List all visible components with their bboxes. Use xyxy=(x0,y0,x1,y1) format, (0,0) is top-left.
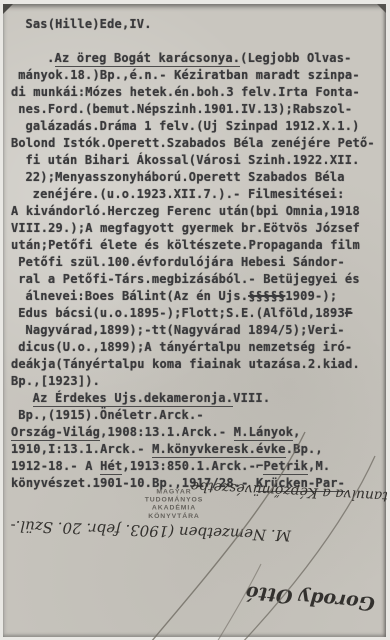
typed-segment: §§§§§ xyxy=(248,289,285,303)
typed-segment: Az öreg Bogát karácsonya. xyxy=(55,51,241,67)
typed-segment: Ország-Világ xyxy=(11,425,100,441)
torn-corner-top-left xyxy=(3,4,13,14)
typed-line: VIII.29.);A megfagyott gyermek br.Eötvös… xyxy=(11,220,384,237)
typed-line: di munkái:Mózes hetek.én.boh.3 felv.Irta… xyxy=(11,84,384,101)
typed-line: Bolond Istók.Operett.Szabados Béla zenéj… xyxy=(11,135,384,152)
typed-segment: (Legjobb Olvas- xyxy=(240,51,351,65)
card-heading: Sas(Hille)Ede,IV. xyxy=(11,16,384,33)
typed-line: dicus(U.o.,1899);A tányértalpu nemzetség… xyxy=(11,339,384,356)
typed-segment: .Bp., xyxy=(286,442,323,456)
typed-segment: nes.Ford.(bemut.Népszinh.1901.IV.13);Rab… xyxy=(18,102,352,116)
typed-line: mányok.18.)Bp.,é.n.- Kéziratban maradt s… xyxy=(11,67,384,84)
typed-segment: ,1908:13.1.Arck.- xyxy=(100,425,234,439)
typed-segment: Petőfi szül.100.évfordulójára Hebesi Sán… xyxy=(18,255,345,269)
handwritten-signature-upside-down: Gorody Ottó xyxy=(224,580,375,615)
typed-line: A kivándorló.Herczeg Ferenc után(bpi Omn… xyxy=(11,203,384,220)
typed-line: Ország-Világ,1908:13.1.Arck.- M.Lányok, xyxy=(11,424,384,441)
typed-segment: A kivándorló.Herczeg Ferenc után(bpi Omn… xyxy=(11,204,360,218)
typed-segment: VIII.29.);A megfagyott gyermek br.Eötvös… xyxy=(11,221,360,235)
typed-segment: , xyxy=(293,425,300,439)
typed-segment: M.Lányok xyxy=(234,425,293,441)
typed-line: álnevei:Boes Bálint(Az én Ujs.§§§§§1909-… xyxy=(11,288,384,305)
typed-segment: Nagyvárad,1899);-tt(Nagyvárad 1894/5);Ve… xyxy=(25,323,344,337)
typed-segment: fi után Bihari Ákossal(Városi Szinh.1922… xyxy=(25,153,359,167)
typed-segment: 1910,I:13.1.Arck.- xyxy=(11,442,152,456)
typed-line: Nagyvárad,1899);-tt(Nagyvárad 1894/5);Ve… xyxy=(11,322,384,339)
typed-line: .Az öreg Bogát karácsonya.(Legjobb Olvas… xyxy=(11,50,384,67)
typed-segment: mányok.18.)Bp.,é.n.- Kéziratban maradt s… xyxy=(18,68,360,82)
typed-line: Bp.,[1923]). xyxy=(11,373,384,390)
typed-segment: Bolond Istók.Operett.Szabados Béla zenéj… xyxy=(11,136,375,150)
stamp-line-2: TUDOMÁNYOS AKADÉMIA xyxy=(128,496,221,512)
typed-segment: Petrik xyxy=(263,459,308,475)
typed-segment: Az Érdekes Ujs.dekameronja. xyxy=(33,391,233,407)
typed-segment: galázadás.Dráma 1 felv.(Uj Szinpad 1912.… xyxy=(25,119,359,133)
typed-line: fi után Bihari Ákossal(Városi Szinh.1922… xyxy=(11,152,384,169)
typed-segment: ,1913:850.1.Arck.-⌐ xyxy=(122,459,263,473)
typed-line: Edus bácsi(u.o.1895-);Flott;S.E.(Alföld,… xyxy=(11,305,384,322)
typed-segment: Hét xyxy=(100,459,122,475)
typed-line: után;Petőfi élete és költészete.Propagan… xyxy=(11,237,384,254)
typed-line: Bp.,(1915).Önéletr.Arck.- xyxy=(11,407,384,424)
typed-segment: ral a Petőfi-Társ.megbizásából.- Betüjeg… xyxy=(18,272,360,286)
typed-line: Az Érdekes Ujs.dekameronja.VIII. xyxy=(11,390,384,407)
typed-segment: 22);Menyasszonyháború.Operett Szabados B… xyxy=(25,170,344,184)
typed-segment: Bp.,(1915).Önéletr.Arck.- xyxy=(18,408,204,422)
typed-segment: ,M. xyxy=(308,459,330,473)
stamp-line-3: KÖNYVTÁRA xyxy=(128,512,221,520)
catalog-card: Sas(Hille)Ede,IV. .Az öreg Bogát karácso… xyxy=(3,4,386,637)
typed-segment: F xyxy=(345,306,352,320)
typed-line: zenéjére.(u.o.1923.XII.7.).- Filmesitése… xyxy=(11,186,384,203)
typed-line: 1912-18.- A Hét,1913:850.1.Arck.-⌐Petrik… xyxy=(11,458,384,475)
typed-line: Petőfi szül.100.évfordulójára Hebesi Sán… xyxy=(11,254,384,271)
typed-segment: Bp.,[1923]). xyxy=(11,374,100,388)
typed-segment: di munkái:Mózes hetek.én.boh.3 felv.Irta… xyxy=(11,85,360,99)
typed-segment: . xyxy=(47,51,54,65)
typed-segment: dicus(U.o.,1899);A tányértalpu nemzetség… xyxy=(18,340,352,354)
typed-segment: álnevei:Boes Bálint(Az én Ujs. xyxy=(25,289,248,303)
typed-line: galázadás.Dráma 1 felv.(Uj Szinpad 1912.… xyxy=(11,118,384,135)
typed-line: ral a Petőfi-Társ.megbizásából.- Betüjeg… xyxy=(11,271,384,288)
typed-segment: 1912-18.- A xyxy=(11,459,100,473)
typed-segment: 1909-); xyxy=(285,289,337,303)
typed-line: 1910,I:13.1.Arck.- M.könyvkeresk.évke.Bp… xyxy=(11,441,384,458)
typed-lines: .Az öreg Bogát karácsonya.(Legjobb Olvas… xyxy=(11,50,384,492)
handwritten-note-upside-down-2: M. Nemzetben (1903. febr. 20. Szül.- xyxy=(23,517,291,544)
typed-text-block: Sas(Hille)Ede,IV. .Az öreg Bogát karácso… xyxy=(11,16,384,492)
torn-corner-top-right xyxy=(377,4,386,13)
typed-segment: deákja(Tányértalpu koma fiainak utazása.… xyxy=(11,357,360,371)
typed-segment: Edus bácsi(u.o.1895-);Flott;S.E.(Alföld,… xyxy=(18,306,345,320)
typed-line: nes.Ford.(bemut.Népszinh.1901.IV.13);Rab… xyxy=(11,101,384,118)
typed-line: deákja(Tányértalpu koma fiainak utazása.… xyxy=(11,356,384,373)
typed-line: 22);Menyasszonyháború.Operett Szabados B… xyxy=(11,169,384,186)
typed-segment: után;Petőfi élete és költészete.Propagan… xyxy=(11,238,360,252)
typed-segment: VIII. xyxy=(233,391,270,405)
typed-segment: M.könyvkeresk.évke xyxy=(152,442,286,458)
typed-segment: zenéjére.(u.o.1923.XII.7.).- Filmesitése… xyxy=(33,187,345,201)
